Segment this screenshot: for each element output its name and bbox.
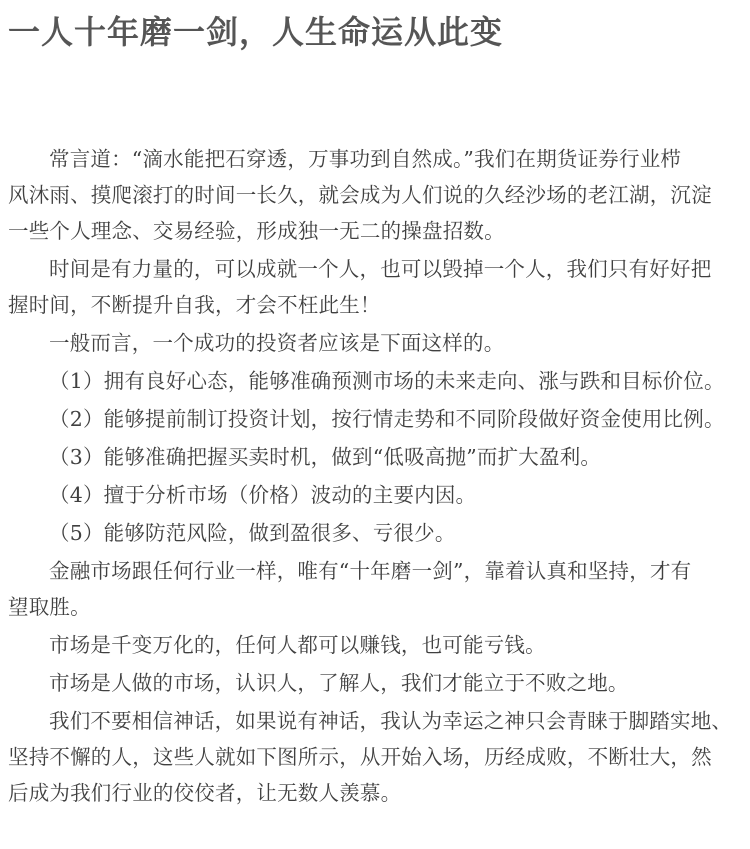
text-line: （5）能够防范风险，做到盈很多、亏很少。 [8,515,744,551]
paragraph-proverb: 常言道：“滴水能把石穿透，万事功到自然成。”我们在期货证券行业栉 风沐雨、摸爬滚… [8,141,744,249]
paragraph-financial-market: 金融市场跟任何行业一样，唯有“十年磨一剑”，靠着认真和坚持，才有 望取胜。 [8,553,744,625]
text-line: （3）能够准确把握买卖时机，做到“低吸高抛”而扩大盈利。 [8,439,744,475]
text-line: 风沐雨、摸爬滚打的时间一长久，就会成为人们说的久经沙场的老江湖，沉淀 [8,177,744,213]
list-item-1: （1）拥有良好心态，能够准确预测市场的未来走向、涨与跌和目标价位。 [8,363,744,399]
text-line: 后成为我们行业的佼佼者，让无数人羡慕。 [8,775,744,811]
text-line: （2）能够提前制订投资计划，按行情走势和不同阶段做好资金使用比例。 [8,401,744,437]
text-line: 时间是有力量的，可以成就一个人，也可以毁掉一个人，我们只有好好把 [8,251,744,287]
text-line: 金融市场跟任何行业一样，唯有“十年磨一剑”，靠着认真和坚持，才有 [8,553,744,589]
text-line: 一般而言，一个成功的投资者应该是下面这样的。 [8,325,744,361]
document-page: 一人十年磨一剑，人生命运从此变 常言道：“滴水能把石穿透，万事功到自然成。”我们… [0,0,750,849]
paragraph-market-changes: 市场是千变万化的，任何人都可以赚钱，也可能亏钱。 [8,627,744,663]
list-item-3: （3）能够准确把握买卖时机，做到“低吸高抛”而扩大盈利。 [8,439,744,475]
text-line: 坚持不懈的人，这些人就如下图所示，从开始入场，历经成败，不断壮大，然 [8,739,744,775]
text-line: （1）拥有良好心态，能够准确预测市场的未来走向、涨与跌和目标价位。 [8,363,744,399]
paragraph-intro-list: 一般而言，一个成功的投资者应该是下面这样的。 [8,325,744,361]
list-item-2: （2）能够提前制订投资计划，按行情走势和不同阶段做好资金使用比例。 [8,401,744,437]
text-line: 市场是千变万化的，任何人都可以赚钱，也可能亏钱。 [8,627,744,663]
text-line: （4）擅于分析市场（价格）波动的主要内因。 [8,477,744,513]
body-text: 常言道：“滴水能把石穿透，万事功到自然成。”我们在期货证券行业栉 风沐雨、摸爬滚… [8,141,744,811]
paragraph-market-people: 市场是人做的市场，认识人，了解人，我们才能立于不败之地。 [8,665,744,701]
list-item-4: （4）擅于分析市场（价格）波动的主要内因。 [8,477,744,513]
text-line: 市场是人做的市场，认识人，了解人，我们才能立于不败之地。 [8,665,744,701]
text-line: 常言道：“滴水能把石穿透，万事功到自然成。”我们在期货证券行业栉 [8,141,744,177]
paragraph-time: 时间是有力量的，可以成就一个人，也可以毁掉一个人，我们只有好好把 握时间，不断提… [8,251,744,323]
page-title: 一人十年磨一剑，人生命运从此变 [8,10,503,54]
paragraph-myth: 我们不要相信神话，如果说有神话，我认为幸运之神只会青睐于脚踏实地、 坚持不懈的人… [8,703,744,811]
list-item-5: （5）能够防范风险，做到盈很多、亏很少。 [8,515,744,551]
text-line: 握时间，不断提升自我，才会不枉此生！ [8,287,744,323]
text-line: 一些个人理念、交易经验，形成独一无二的操盘招数。 [8,213,744,249]
text-line: 望取胜。 [8,589,744,625]
text-line: 我们不要相信神话，如果说有神话，我认为幸运之神只会青睐于脚踏实地、 [8,703,744,739]
